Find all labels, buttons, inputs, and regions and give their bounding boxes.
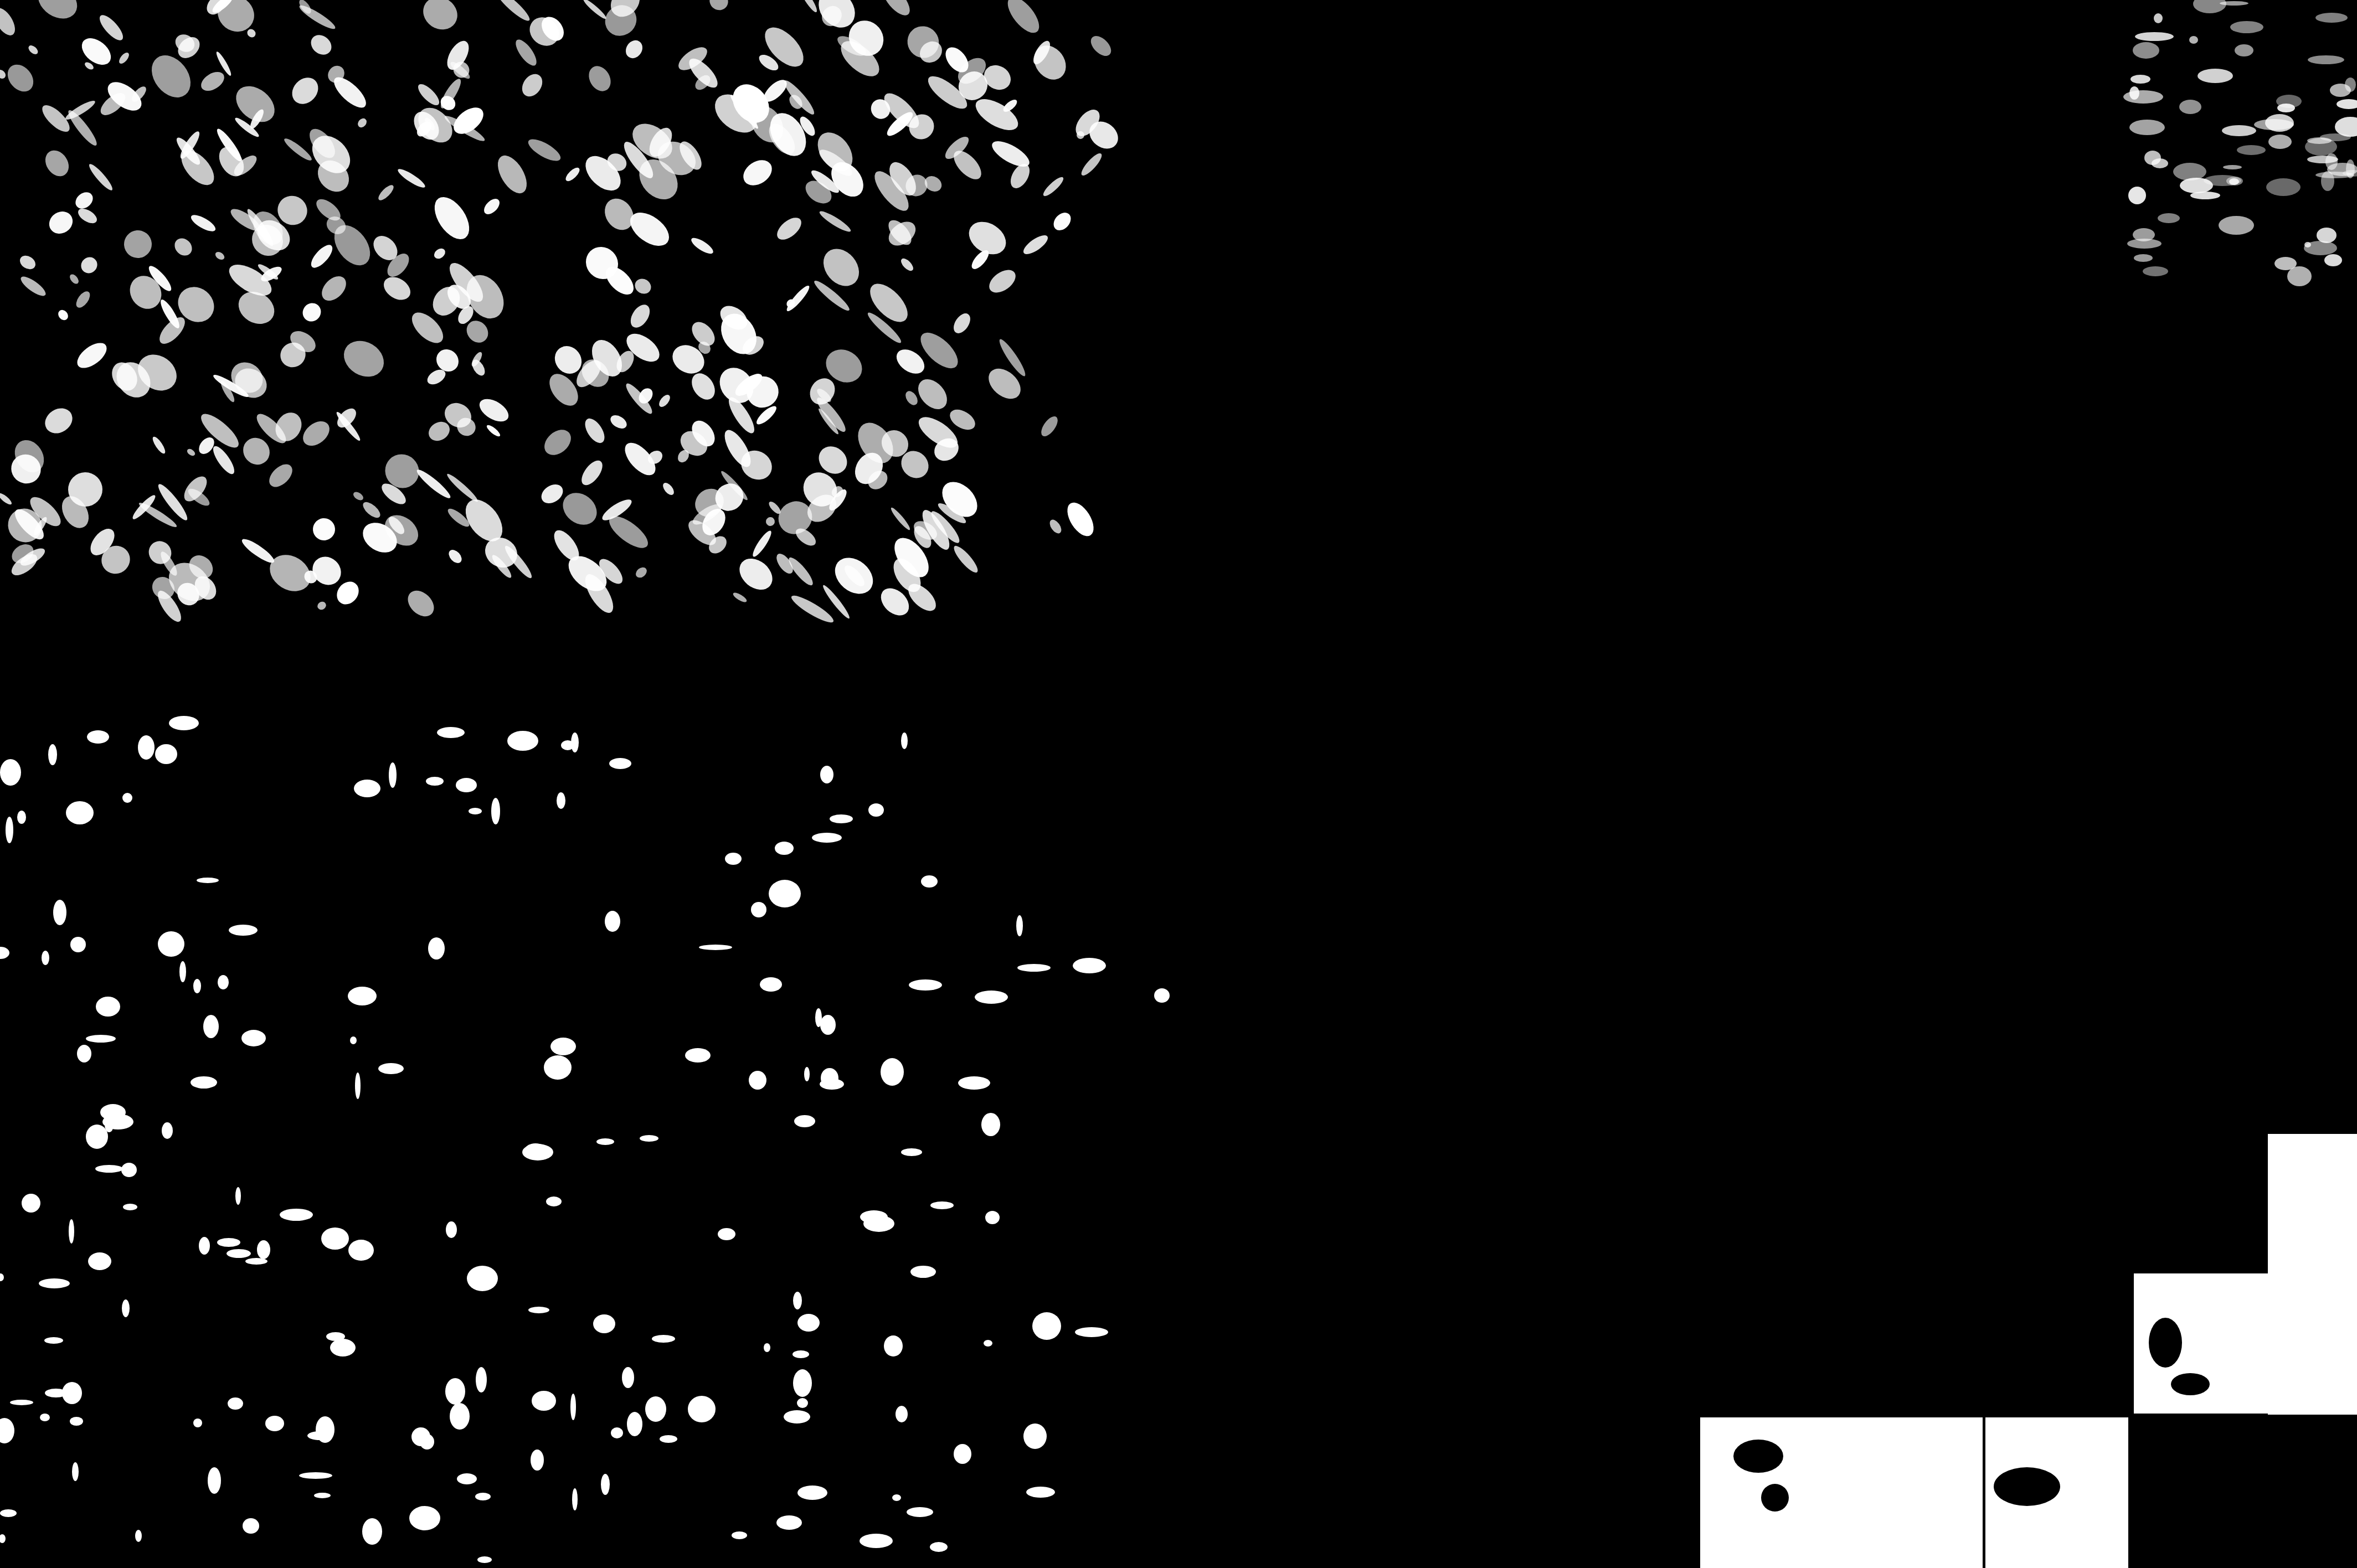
cloud-mask-image [0, 0, 2357, 1568]
